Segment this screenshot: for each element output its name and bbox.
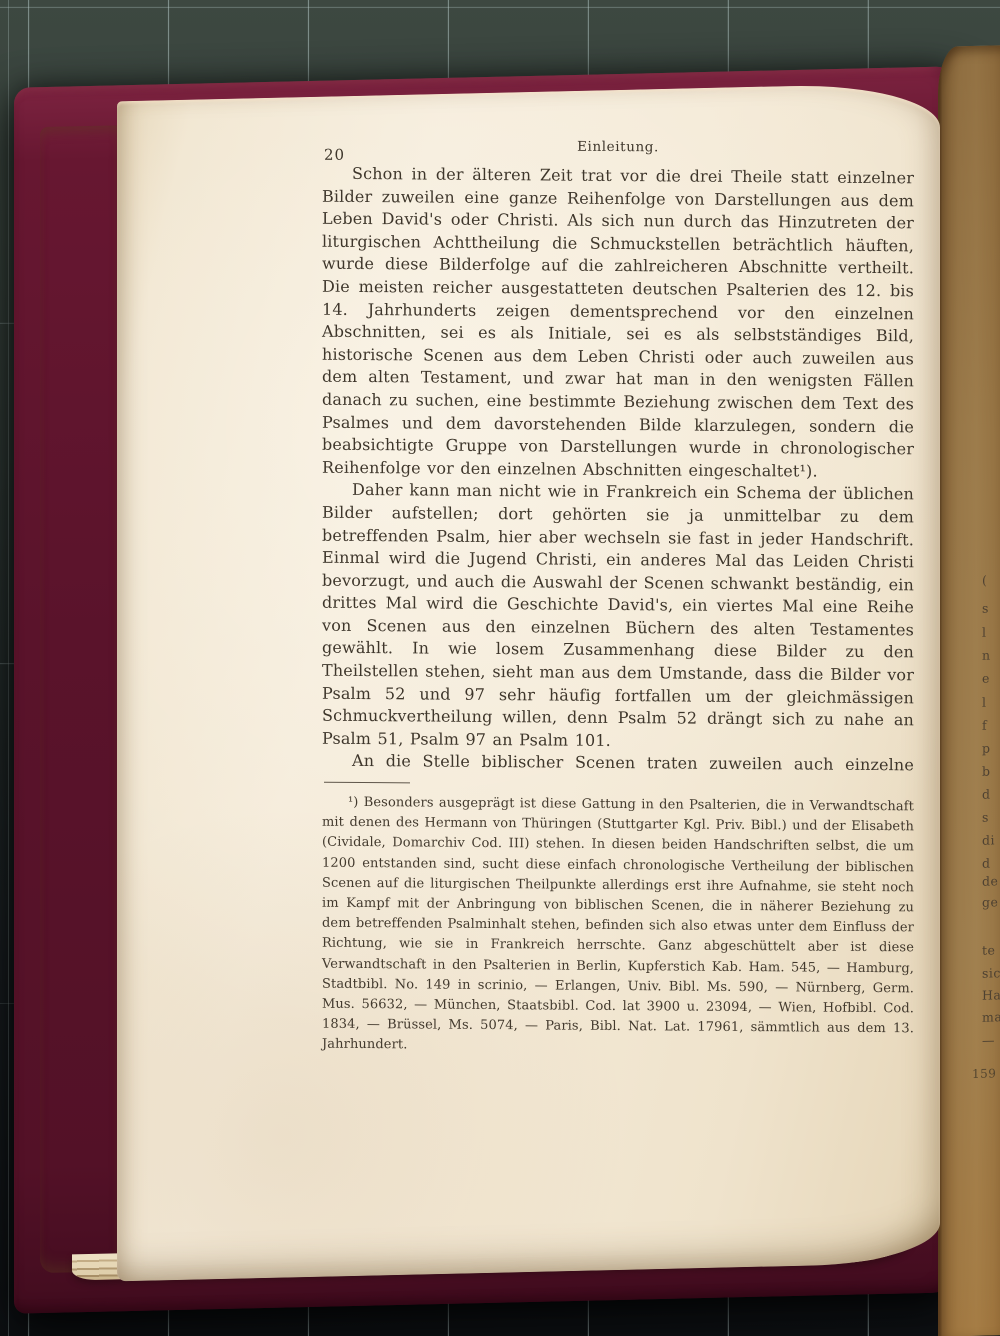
edge-text-fragment: f [982, 720, 987, 733]
edge-text-fragment: te [982, 944, 995, 957]
edge-text-fragment: ( [982, 575, 987, 588]
footnote-text: ¹) Besonders ausgeprägt ist diese Gattun… [322, 793, 914, 1060]
edge-text-fragment: b [982, 766, 991, 779]
paragraph-3: An die Stelle biblischer Scenen traten z… [322, 750, 914, 777]
facing-page-fore-edge: ( s l n e l f p b d s di d de ge te sic … [938, 45, 1000, 1336]
page-content: 20 Einleitung. Schon in der älteren Zeit… [322, 137, 914, 1060]
open-book: ( s l n e l f p b d s di d de ge te sic … [0, 0, 1000, 1336]
edge-text-fragment: l [982, 697, 987, 710]
body-text: Schon in der älteren Zeit trat vor die d… [322, 163, 914, 778]
paragraph-1: Schon in der älteren Zeit trat vor die d… [322, 163, 914, 484]
edge-text-fragment: s [982, 812, 989, 825]
page-header: 20 Einleitung. [322, 137, 914, 168]
edge-text-fragment: Ha [982, 989, 1000, 1002]
edge-text-fragment: ge [982, 896, 998, 909]
edge-text-fragment: d [982, 858, 991, 871]
footnote-rule [324, 782, 410, 784]
edge-text-fragment: e [982, 673, 990, 686]
edge-text-fragment: d [982, 789, 991, 802]
edge-text-fragment: sic [982, 967, 1000, 980]
running-header: Einleitung. [322, 137, 914, 158]
edge-text-fragment: di [982, 834, 995, 847]
edge-text-fragment: s [982, 603, 989, 616]
edge-page-number: 159 [972, 1067, 996, 1080]
book-photograph: ( s l n e l f p b d s di d de ge te sic … [0, 0, 1000, 1336]
page-edges-stack [40, 125, 118, 1273]
edge-text-fragment: p [982, 743, 991, 756]
book-page: 20 Einleitung. Schon in der älteren Zeit… [117, 83, 940, 1282]
edge-rule-fragment: — [982, 1034, 995, 1047]
paragraph-2: Daher kann man nicht wie in Frankreich e… [322, 479, 914, 755]
edge-text-fragment: n [982, 650, 991, 663]
edge-text-fragment: l [982, 627, 987, 640]
edge-text-fragment: de [982, 875, 998, 888]
edge-text-fragment: ma [982, 1011, 1000, 1024]
